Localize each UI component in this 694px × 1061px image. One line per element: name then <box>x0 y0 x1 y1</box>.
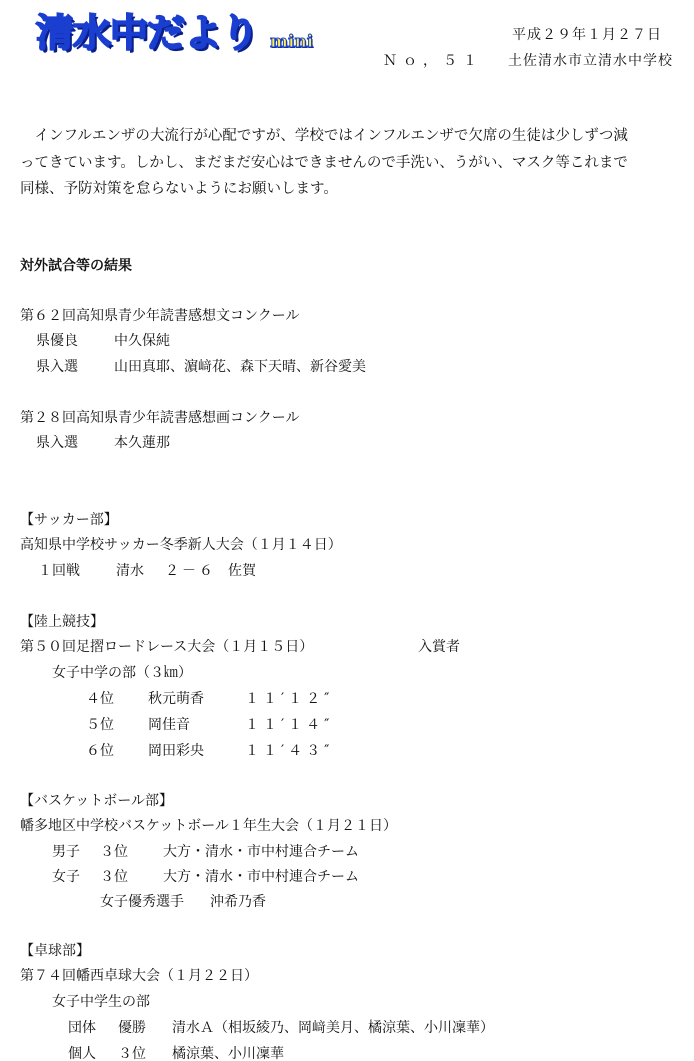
club-heading-track: 【陸上競技】 <box>20 611 104 631</box>
match-home: 清水 <box>116 560 144 580</box>
result-team: 大方・清水・市中村連合チーム <box>163 841 359 861</box>
result-time: １１′１４″ <box>245 714 333 734</box>
result-place: ５位 <box>86 714 114 734</box>
issue-number: Ｎｏ，５１ <box>383 50 483 70</box>
event-title: 第７４回幡西卓球大会（１月２２日） <box>20 965 258 985</box>
result-type: 個人 <box>68 1043 96 1061</box>
award-label: 県優良 <box>36 330 78 350</box>
club-heading-table-tennis: 【卓球部】 <box>20 940 90 960</box>
result-place: 優勝 <box>118 1017 146 1037</box>
event-title: 高知県中学校サッカー冬季新人大会（１月１４日） <box>20 534 342 554</box>
match-round: １回戦 <box>38 560 80 580</box>
club-heading-soccer: 【サッカー部】 <box>20 509 118 529</box>
intro-line: インフルエンザの大流行が心配ですが、学校ではインフルエンザで欠席の生徒は少しずつ… <box>20 123 690 150</box>
award-value: 中久保純 <box>114 330 170 350</box>
result-division: 女子 <box>52 866 80 886</box>
result-place: ３位 <box>118 1043 146 1061</box>
award-value: 山田真耶、濵﨑花、森下天晴、新谷愛美 <box>114 356 366 376</box>
award-label: 県入選 <box>36 356 78 376</box>
results-heading: 対外試合等の結果 <box>20 255 132 275</box>
intro-line: 同様、予防対策を怠らないようにお願いします。 <box>20 176 690 203</box>
result-team: 大方・清水・市中村連合チーム <box>163 866 359 886</box>
result-detail: 清水Ａ（相坂綾乃、岡﨑美月、橘涼葉、小川凜華） <box>172 1017 494 1037</box>
club-heading-basketball: 【バスケットボール部】 <box>20 790 173 810</box>
result-type: 団体 <box>68 1017 96 1037</box>
result-detail: 橘涼葉、小川凜華 <box>172 1043 284 1061</box>
newsletter-logo: 清水中だより <box>36 14 258 52</box>
intro-paragraph: インフルエンザの大流行が心配ですが、学校ではインフルエンザで欠席の生徒は少しずつ… <box>20 123 690 203</box>
newsletter-logo-suffix: mini <box>270 32 313 52</box>
event-title: 幡多地区中学校バスケットボール１年生大会（１月２１日） <box>20 815 397 835</box>
result-name: 岡佳音 <box>148 714 190 734</box>
result-division: 男子 <box>52 841 80 861</box>
award-label: 女子優秀選手 <box>100 891 184 911</box>
match-away: 佐賀 <box>228 560 256 580</box>
result-place: ４位 <box>86 688 114 708</box>
result-name: 岡田彩央 <box>148 740 204 760</box>
award-label: 県入選 <box>36 432 78 452</box>
award-name: 沖希乃香 <box>210 891 266 911</box>
result-place: ６位 <box>86 740 114 760</box>
issue-date: 平成２９年１月２７日 <box>512 24 662 44</box>
match-score: ２－６ <box>165 560 216 580</box>
winners-label: 入賞者 <box>418 636 460 656</box>
result-place: ３位 <box>100 866 128 886</box>
result-time: １１′１２″ <box>245 688 333 708</box>
division-label: 女子中学の部（３㎞） <box>52 662 192 682</box>
contest-title: 第６２回高知県青少年読書感想文コンクール <box>20 305 299 325</box>
result-name: 秋元萌香 <box>148 688 204 708</box>
school-name: 土佐清水市立清水中学校 <box>508 50 673 70</box>
result-place: ３位 <box>100 841 128 861</box>
result-time: １１′４３″ <box>245 740 333 760</box>
intro-line: ってきています。しかし、まだまだ安心はできませんので手洗い、うがい、マスク等これ… <box>20 150 690 177</box>
award-value: 本久蓮那 <box>114 432 170 452</box>
division-label: 女子中学生の部 <box>52 991 150 1011</box>
event-title: 第５０回足摺ロードレース大会（１月１５日） <box>20 636 313 656</box>
contest-title: 第２８回高知県青少年読書感想画コンクール <box>20 407 299 427</box>
